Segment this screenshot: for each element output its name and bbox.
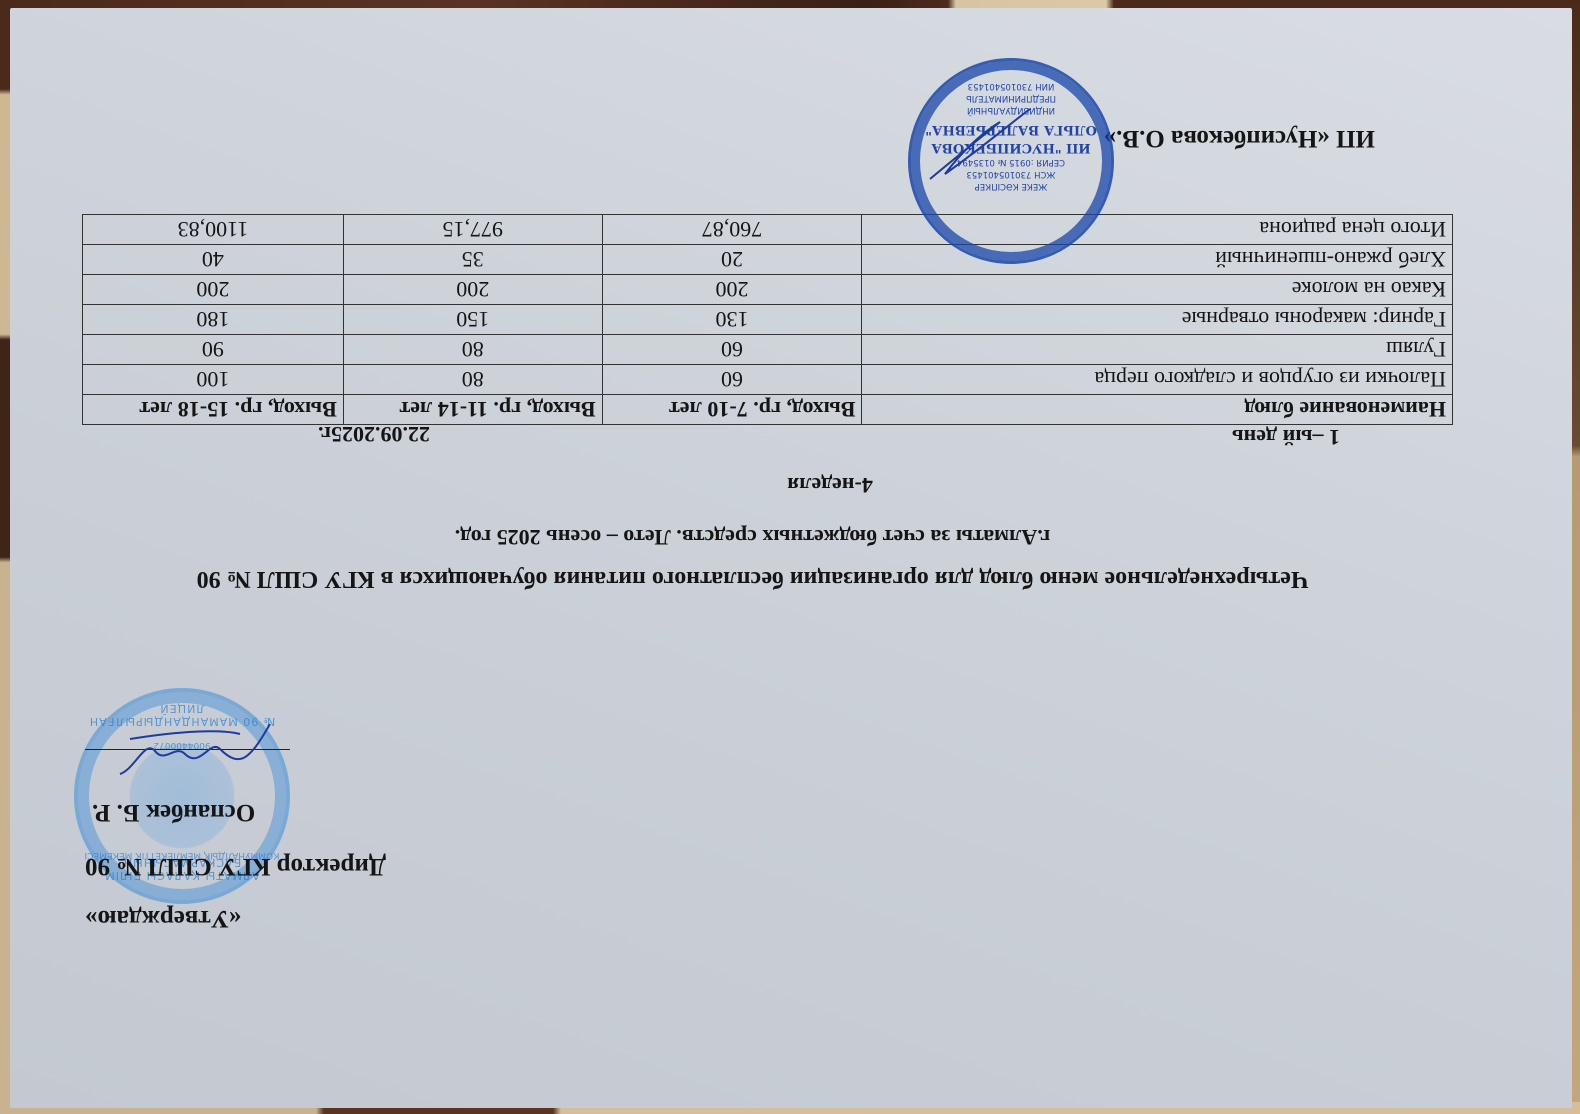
yield-7-10: 60 <box>602 335 862 365</box>
table-row: Гуляш 60 80 90 <box>83 335 1453 365</box>
table-row: Какао на молоке 200 200 200 <box>83 275 1453 305</box>
header-yield-11-14: Выход, гр. 11-14 лет <box>343 395 602 425</box>
header-yield-7-10: Выход, гр. 7-10 лет <box>602 395 862 425</box>
yield-11-14: 80 <box>343 335 602 365</box>
director-signature-icon <box>110 719 280 779</box>
table-total-row: Итого цена рациона 760,87 977,15 1100,83 <box>83 215 1453 245</box>
dish-name: Гуляш <box>862 335 1453 365</box>
header-dish-name: Наименование блюд <box>862 395 1453 425</box>
total-price-11-14: 977,15 <box>343 215 602 245</box>
yield-11-14: 200 <box>343 275 602 305</box>
supplier-signature-icon <box>920 104 1040 184</box>
yield-15-18: 180 <box>83 305 344 335</box>
yield-7-10: 200 <box>602 275 862 305</box>
table-row: Палочки из огурцов и сладкого перца 60 8… <box>83 365 1453 395</box>
yield-11-14: 150 <box>343 305 602 335</box>
supplier-name: ИП «Нусипбекова О.В.» <box>1104 124 1375 152</box>
yield-15-18: 100 <box>83 365 344 395</box>
document-content-upside-down: АЛМАТЫ ҚАЛАСЫ БІЛІМ БАСҚАРМАСЫНЫҢ КОММУН… <box>10 8 1572 1108</box>
director-name: Оспанбек Б. Р. <box>92 798 255 826</box>
table-header-row: Наименование блюд Выход, гр. 7-10 лет Вы… <box>83 395 1453 425</box>
dish-name: Гарнир: макароны отварные <box>862 305 1453 335</box>
header-yield-15-18: Выход, гр. 15-18 лет <box>83 395 344 425</box>
yield-7-10: 60 <box>602 365 862 395</box>
yield-7-10: 20 <box>602 245 862 275</box>
stamp-line: ИИН 730105401453 <box>911 81 1111 91</box>
yield-11-14: 80 <box>343 365 602 395</box>
document-title: Четырехнедельное меню блюд для организац… <box>10 565 1572 592</box>
dish-name: Какао на молоке <box>862 275 1453 305</box>
yield-11-14: 35 <box>343 245 602 275</box>
approval-label: «Утверждаю» <box>85 904 242 932</box>
week-label: 4-неделя <box>80 472 1572 498</box>
menu-table: Наименование блюд Выход, гр. 7-10 лет Вы… <box>82 214 1453 425</box>
yield-15-18: 90 <box>83 335 344 365</box>
director-position: Директор КГУ СШЛ № 90 <box>85 852 386 880</box>
total-price-15-18: 1100,83 <box>83 215 344 245</box>
day-label: 1 –ый день <box>1232 424 1340 450</box>
paper-sheet: АЛМАТЫ ҚАЛАСЫ БІЛІМ БАСҚАРМАСЫНЫҢ КОММУН… <box>10 8 1572 1108</box>
total-price-7-10: 760,87 <box>602 215 862 245</box>
yield-15-18: 200 <box>83 275 344 305</box>
yield-15-18: 40 <box>83 245 344 275</box>
dish-name: Хлеб ржано-пшеничный <box>862 245 1453 275</box>
dish-name: Палочки из огурцов и сладкого перца <box>862 365 1453 395</box>
document-subtitle: г.Алматы за счет бюджетных средств. Лето… <box>10 524 1572 550</box>
stamp-line: ПРЕДПРИНИМАТЕЛЬ <box>911 93 1111 103</box>
table-row: Хлеб ржано-пшеничный 20 35 40 <box>83 245 1453 275</box>
table-row: Гарнир: макароны отварные 130 150 180 <box>83 305 1453 335</box>
yield-7-10: 130 <box>602 305 862 335</box>
